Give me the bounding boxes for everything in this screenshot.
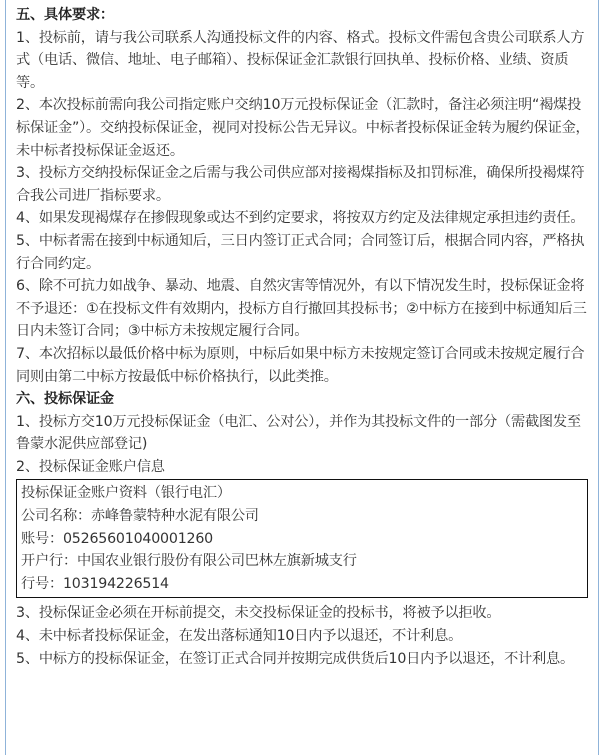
account-bank: 开户行：中国农业银行股份有限公司巴林左旗新城支行 bbox=[21, 550, 581, 573]
deposit-item-1: 1、投标方交10万元投标保证金（电汇、公对公），并作为其投标文件的一部分（需截图… bbox=[16, 411, 590, 456]
requirement-item-3: 3、投标方交纳投标保证金之后需与我公司供应部对接褐煤指标及扣罚标准，确保所投褐煤… bbox=[16, 162, 590, 207]
account-company: 公司名称：赤峰鲁蒙特种水泥有限公司 bbox=[21, 505, 581, 528]
requirement-item-2: 2、本次投标前需向我公司指定账户交纳10万元投标保证金（汇款时，备注必须注明“褐… bbox=[16, 94, 590, 162]
requirement-item-6: 6、除不可抗力如战争、暴动、地震、自然灾害等情况外，有以下情况发生时，投标保证金… bbox=[16, 275, 590, 343]
account-bank-code: 行号：103194226514 bbox=[21, 573, 581, 596]
deposit-item-3: 3、投标保证金必须在开标前提交，未交投标保证金的投标书，将被予以拒收。 bbox=[16, 602, 590, 625]
deposit-item-2: 2、投标保证金账户信息 bbox=[16, 456, 590, 479]
requirement-item-1: 1、投标前，请与我公司联系人沟通投标文件的内容、格式。投标文件需包含贵公司联系人… bbox=[16, 27, 590, 95]
requirement-item-7: 7、本次招标以最低价格中标为原则，中标后如果中标方未按规定签订合同或未按规定履行… bbox=[16, 343, 590, 388]
deposit-item-5: 5、中标方的投标保证金，在签订正式合同并按期完成供货后10日内予以退还，不计利息… bbox=[16, 648, 590, 671]
document-body: 五、具体要求： 1、投标前，请与我公司联系人沟通投标文件的内容、格式。投标文件需… bbox=[16, 4, 590, 670]
section-heading-deposit: 六、投标保证金 bbox=[16, 388, 590, 411]
account-title: 投标保证金账户资料（银行电汇） bbox=[21, 482, 581, 505]
deposit-item-4: 4、未中标者投标保证金，在发出落标通知10日内予以退还，不计利息。 bbox=[16, 625, 590, 648]
account-number: 账号：05265601040001260 bbox=[21, 528, 581, 551]
section-heading-requirements: 五、具体要求： bbox=[16, 4, 590, 27]
requirement-item-5: 5、中标者需在接到中标通知后，三日内签订正式合同；合同签订后，根据合同内容，严格… bbox=[16, 230, 590, 275]
requirement-item-4: 4、如果发现褐煤存在掺假现象或达不到约定要求，将按双方约定及法律规定承担违约责任… bbox=[16, 207, 590, 230]
account-info-box: 投标保证金账户资料（银行电汇） 公司名称：赤峰鲁蒙特种水泥有限公司 账号：052… bbox=[16, 479, 588, 598]
